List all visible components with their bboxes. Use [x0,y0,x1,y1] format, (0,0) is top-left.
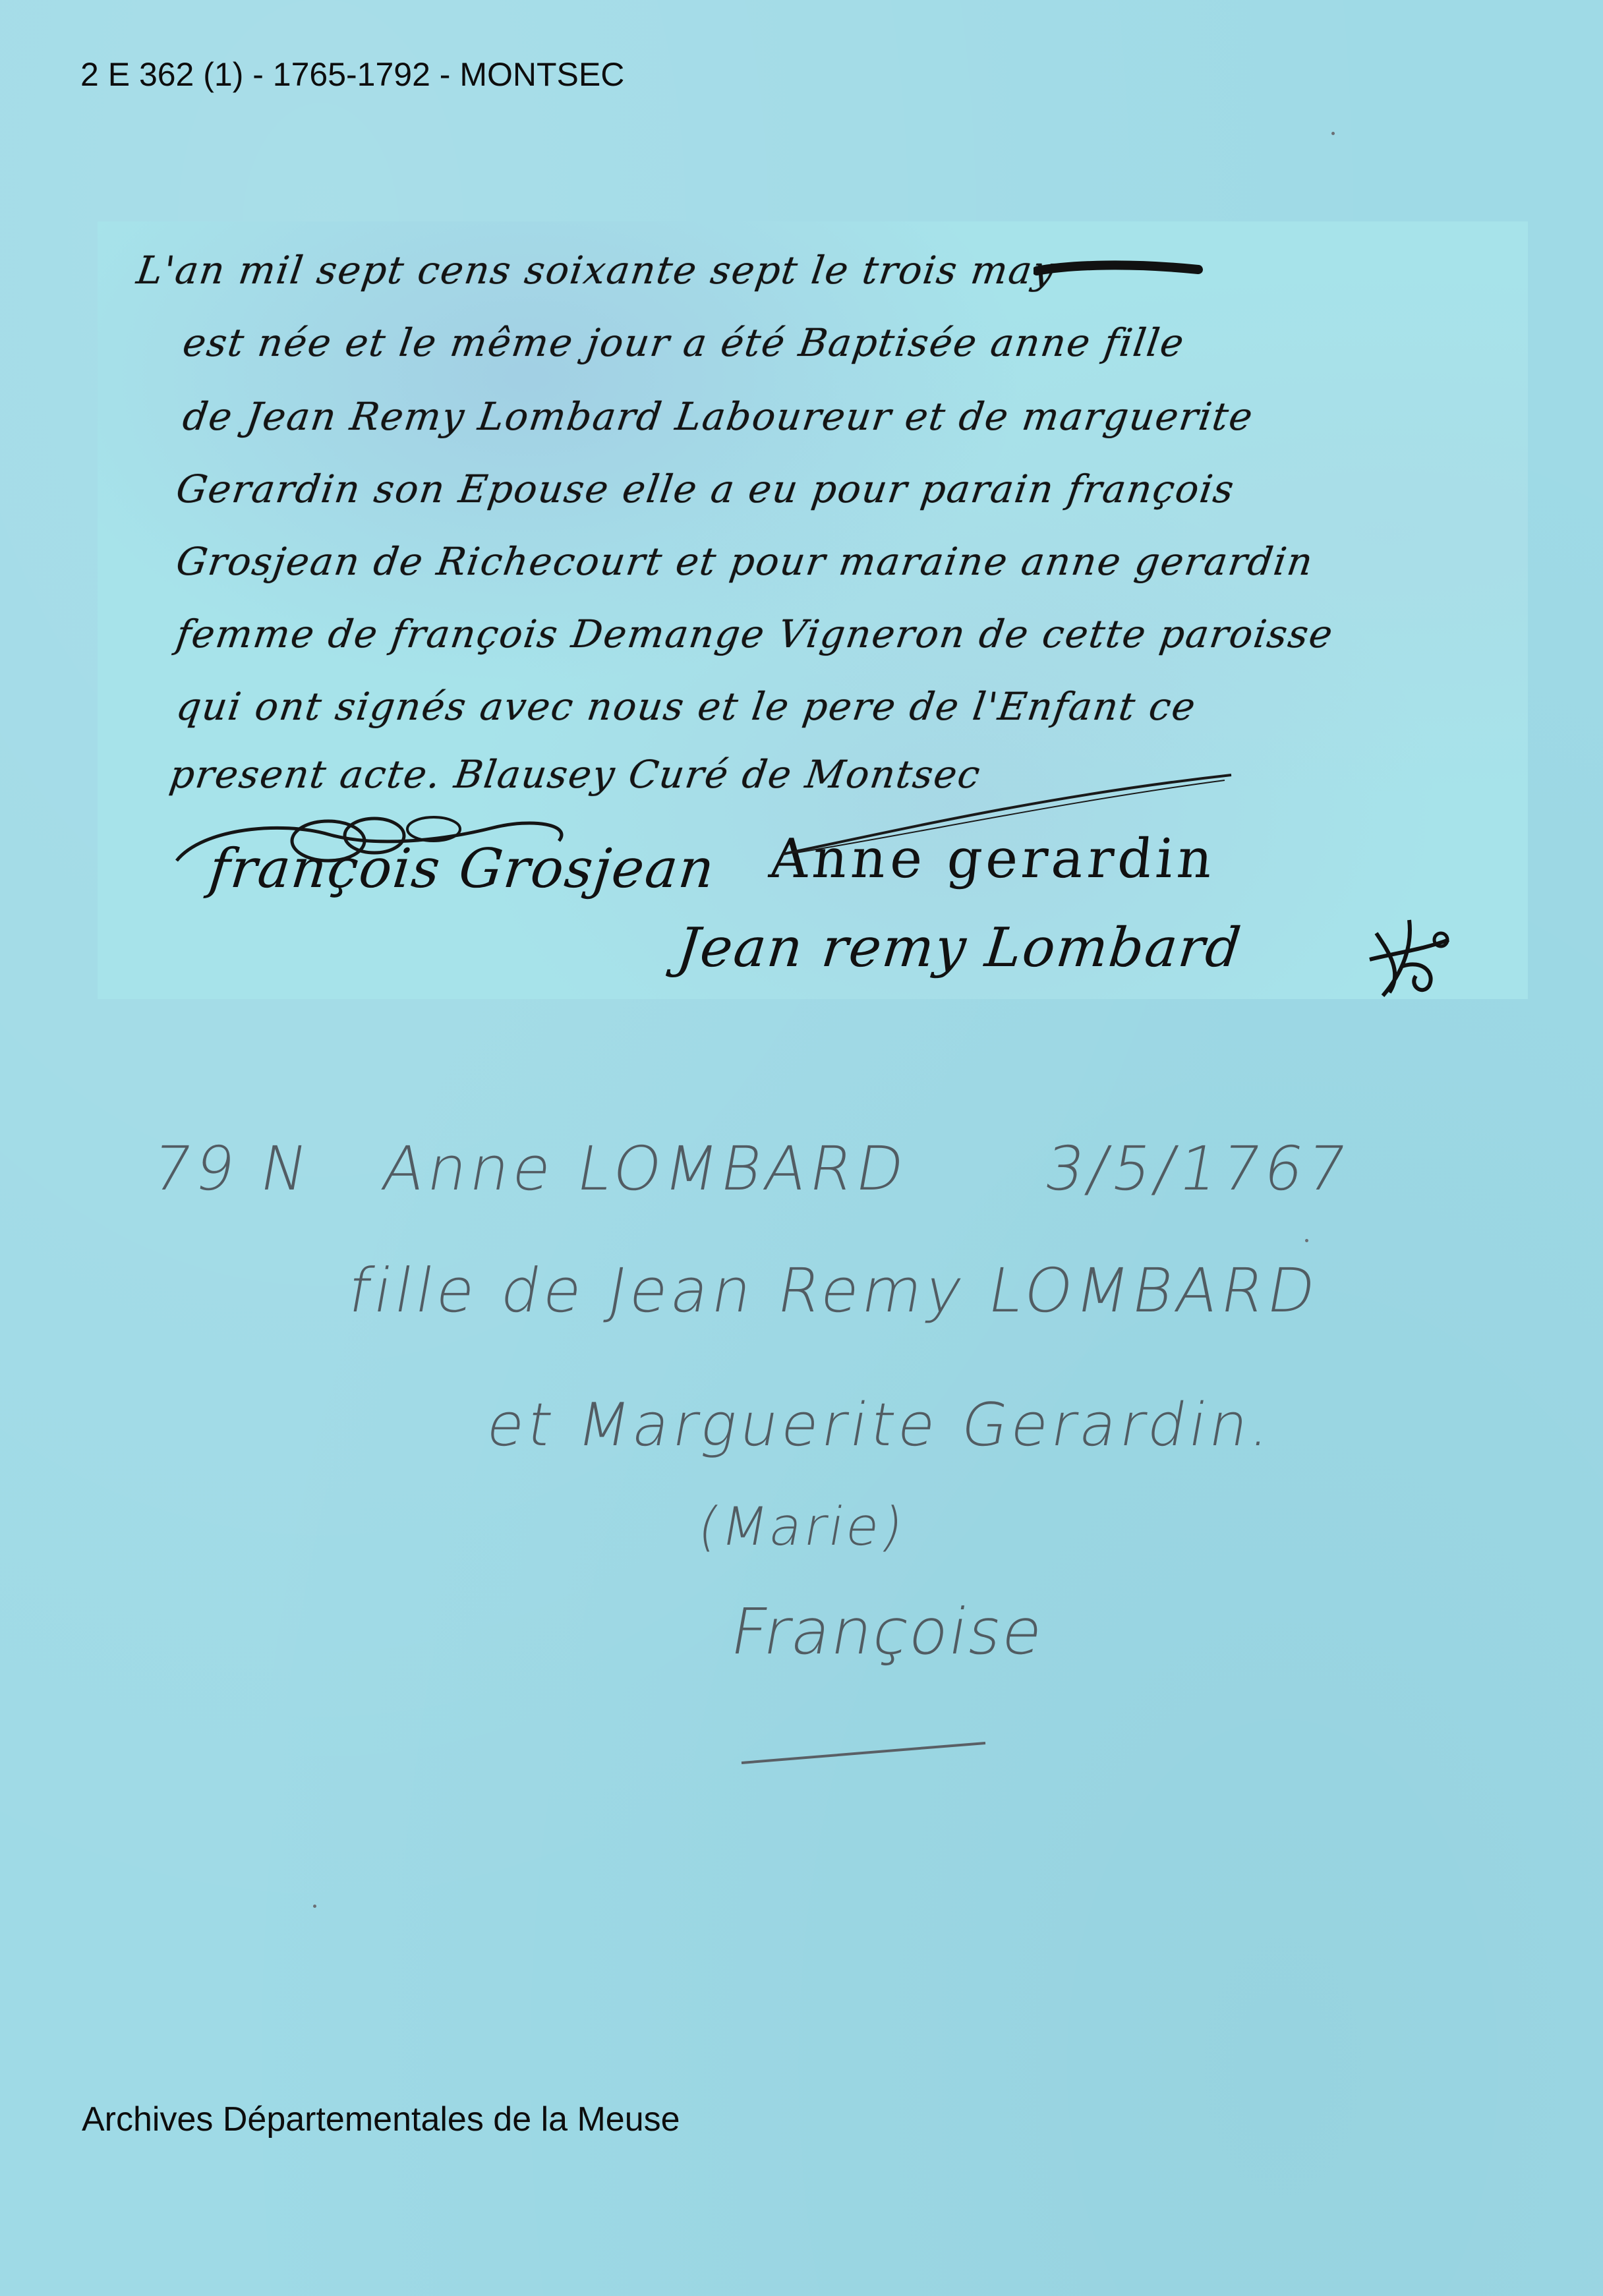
annotated-name: Anne LOMBARD [377,1134,914,1204]
paper-speck [1331,132,1335,135]
record-number: 79 N [147,1134,317,1204]
annotation-line-5: Françoise [725,1595,1049,1669]
manuscript-line: est née et le même jour a été Baptisée a… [180,320,1188,365]
manuscript-line: L'an mil sept cens soixante sept le troi… [134,248,1059,293]
manuscript-line: de Jean Remy Lombard Laboureur et de mar… [180,394,1256,439]
signature-jean-remy-lombard: Jean remy Lombard [674,917,1245,979]
manuscript-line: Gerardin son Epouse elle a eu pour parai… [173,467,1238,511]
paper-speck [1305,1239,1308,1242]
manuscript-line: qui ont signés avec nous et le pere de l… [173,684,1199,729]
manuscript-image: L'an mil sept cens soixante sept le troi… [98,221,1528,999]
manuscript-text: L'an mil sept cens soixante sept le troi… [98,221,1528,999]
annotated-date: 3/5/1767 [1039,1134,1356,1204]
paraph-mark-icon [1363,913,1462,999]
manuscript-line: Grosjean de Richecourt et pour maraine a… [173,539,1316,584]
signature-anne-gerardin: Anne gerardin [767,828,1219,890]
annotation-line-4: (Marie) [693,1496,910,1557]
signature-francois-grosjean: françois Grosjean [206,838,718,900]
archive-reference-header: 2 E 362 (1) - 1765-1792 - MONTSEC [80,55,624,94]
pencil-underline-icon [738,1740,989,1766]
paper-speck [313,1905,316,1908]
annotation-line-1: 79 NAnne LOMBARD3/5/1767 [147,1134,1356,1204]
manuscript-line: femme de françois Demange Vigneron de ce… [173,612,1336,656]
annotation-line-2: fille de Jean Remy LOMBARD [343,1255,1325,1326]
strikethrough-mark-icon [1034,258,1205,284]
archive-institution-footer: Archives Départementales de la Meuse [82,2100,680,2139]
manuscript-line: present acte. Blausey Curé de Montsec [167,752,984,797]
annotation-line-3: et Marguerite Gerardin. [482,1391,1281,1460]
